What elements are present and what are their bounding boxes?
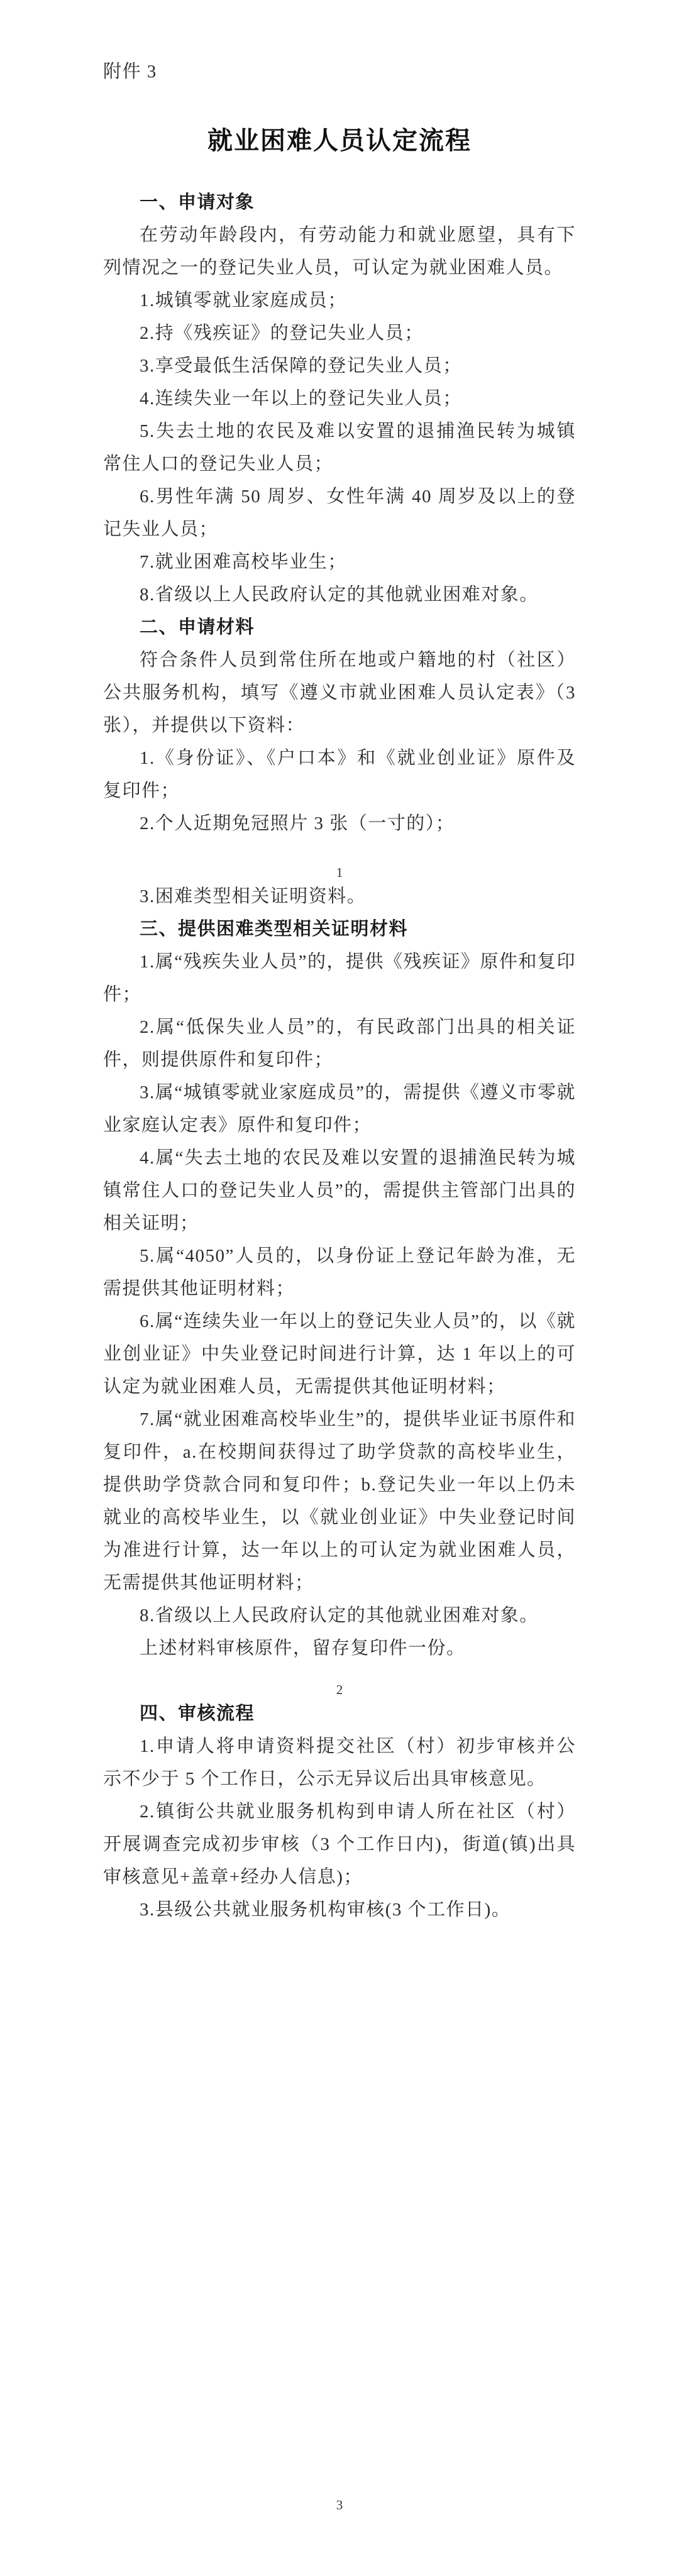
list-item: 8.省级以上人民政府认定的其他就业困难对象。 — [103, 578, 576, 611]
section-3-outro: 上述材料审核原件，留存复印件一份。 — [103, 1632, 576, 1665]
attachment-label: 附件 3 — [103, 55, 576, 88]
list-item: 3.享受最低生活保障的登记失业人员； — [103, 350, 576, 382]
list-item: 2.属“低保失业人员”的，有民政部门出具的相关证件，则提供原件和复印件； — [103, 1011, 576, 1076]
list-item: 6.属“连续失业一年以上的登记失业人员”的，以《就业创业证》中失业登记时间进行计… — [103, 1305, 576, 1403]
list-item: 3.困难类型相关证明资料。 — [103, 880, 576, 913]
section-2-intro: 符合条件人员到常住所在地或户籍地的村（社区）公共服务机构，填写《遵义市就业困难人… — [103, 644, 576, 742]
section-heading-4: 四、审核流程 — [103, 1697, 576, 1730]
list-item: 1.属“残疾失业人员”的，提供《残疾证》原件和复印件； — [103, 945, 576, 1011]
section-heading-3: 三、提供困难类型相关证明材料 — [103, 913, 576, 945]
list-item: 7.属“就业困难高校毕业生”的，提供毕业证书原件和复印件，a.在校期间获得过了助… — [103, 1403, 576, 1599]
list-item: 5.属“4050”人员的，以身份证上登记年龄为准，无需提供其他证明材料； — [103, 1240, 576, 1305]
list-item: 4.连续失业一年以上的登记失业人员； — [103, 382, 576, 415]
list-item: 4.属“失去土地的农民及难以安置的退捕渔民转为城镇常住人口的登记失业人员”的，需… — [103, 1142, 576, 1240]
list-item: 3.县级公共就业服务机构审核(3 个工作日)。 — [103, 1893, 576, 1926]
list-item: 6.男性年满 50 周岁、女性年满 40 周岁及以上的登记失业人员； — [103, 480, 576, 546]
list-item: 2.镇街公共就业服务机构到申请人所在社区（村）开展调查完成初步审核（3 个工作日… — [103, 1795, 576, 1893]
section-heading-1: 一、申请对象 — [103, 186, 576, 219]
list-item: 2.持《残疾证》的登记失业人员； — [103, 317, 576, 350]
document-title: 就业困难人员认定流程 — [103, 121, 576, 161]
list-item: 8.省级以上人民政府认定的其他就业困难对象。 — [103, 1599, 576, 1632]
list-item: 7.就业困难高校毕业生； — [103, 546, 576, 578]
section-heading-2: 二、申请材料 — [103, 611, 576, 644]
section-1-intro: 在劳动年龄段内，有劳动能力和就业愿望，具有下列情况之一的登记失业人员，可认定为就… — [103, 219, 576, 284]
list-item: 1.《身份证》、《户口本》和《就业创业证》原件及复印件； — [103, 742, 576, 807]
list-item: 3.属“城镇零就业家庭成员”的，需提供《遵义市零就业家庭认定表》原件和复印件； — [103, 1076, 576, 1142]
document-page: 附件 3 就业困难人员认定流程 一、申请对象 在劳动年龄段内，有劳动能力和就业愿… — [103, 0, 576, 2513]
list-item: 1.申请人将申请资料提交社区（村）初步审核并公示不少于 5 个工作日，公示无异议… — [103, 1730, 576, 1795]
page-number-2: 2 — [103, 1682, 576, 1697]
list-item: 5.失去土地的农民及难以安置的退捕渔民转为城镇常住人口的登记失业人员； — [103, 415, 576, 480]
page-number-3: 3 — [103, 2497, 576, 2513]
page-number-1: 1 — [103, 865, 576, 880]
list-item: 2.个人近期免冠照片 3 张（一寸的）； — [103, 807, 576, 840]
list-item: 1.城镇零就业家庭成员； — [103, 284, 576, 317]
